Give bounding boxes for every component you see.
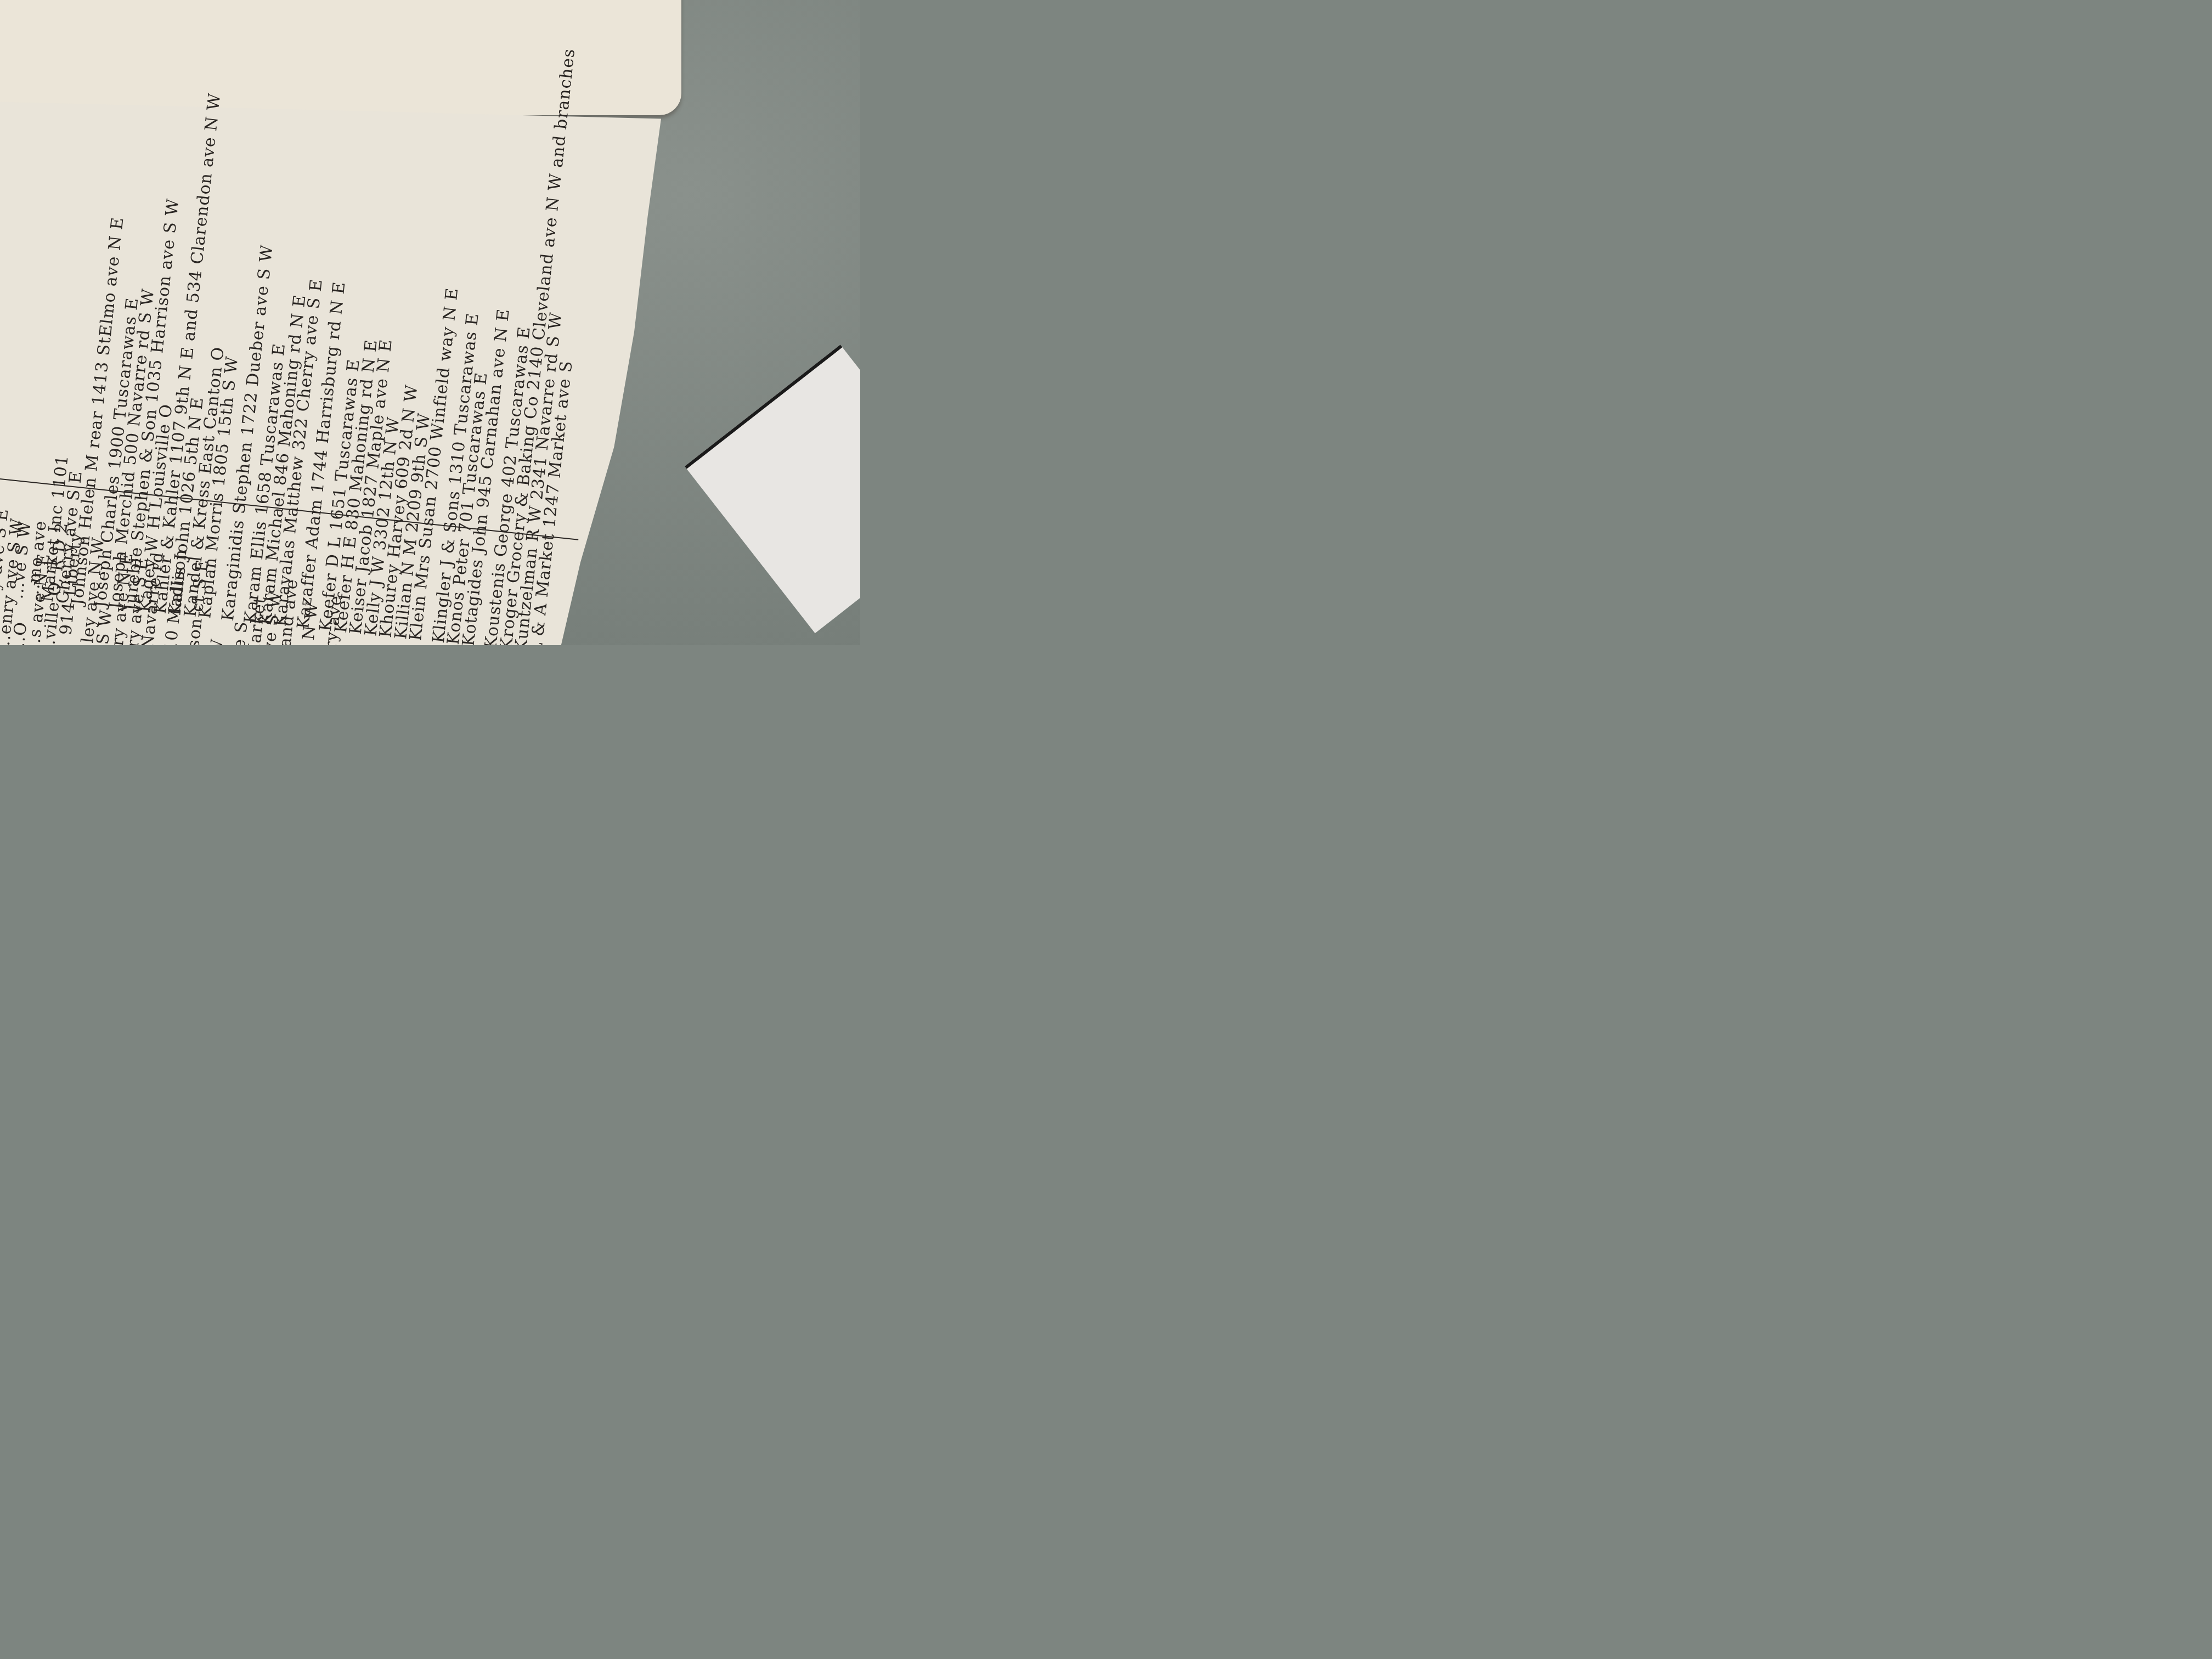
page-text: ...ve S W ...mo ave Market Inc 1101 Cher… [0,0,860,645]
